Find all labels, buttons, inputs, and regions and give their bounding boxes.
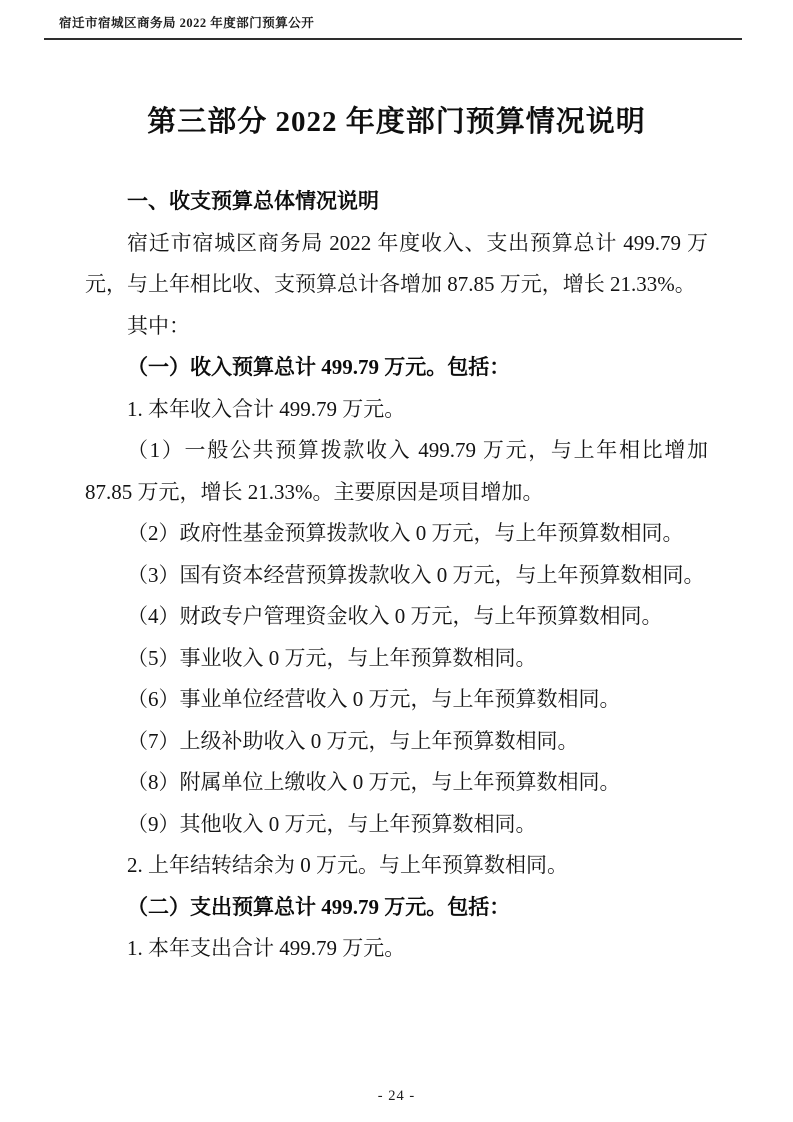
paragraph: （5）事业收入 0 万元，与上年预算数相同。 — [85, 638, 708, 680]
paragraph: （9）其他收入 0 万元，与上年预算数相同。 — [85, 804, 708, 846]
paragraph: （7）上级补助收入 0 万元，与上年预算数相同。 — [85, 721, 708, 763]
page-header-note: 宿迁市宿城区商务局 2022 年度部门预算公开 — [59, 13, 314, 31]
paragraph: （6）事业单位经营收入 0 万元，与上年预算数相同。 — [85, 679, 708, 721]
paragraph: 宿迁市宿城区商务局 2022 年度收入、支出预算总计 499.79 万元，与上年… — [85, 223, 708, 306]
paragraph: 2. 上年结转结余为 0 万元。与上年预算数相同。 — [85, 845, 708, 887]
paragraph: （1）一般公共预算拨款收入 499.79 万元，与上年相比增加 87.85 万元… — [85, 430, 708, 513]
paragraph: （8）附属单位上缴收入 0 万元，与上年预算数相同。 — [85, 762, 708, 804]
document-page: 宿迁市宿城区商务局 2022 年度部门预算公开 第三部分 2022 年度部门预算… — [0, 0, 793, 1122]
paragraph: （3）国有资本经营预算拨款收入 0 万元，与上年预算数相同。 — [85, 555, 708, 597]
paragraph: 1. 本年支出合计 499.79 万元。 — [85, 928, 708, 970]
subsection-heading: （一）收入预算总计 499.79 万元。包括： — [85, 347, 708, 389]
page-number: - 24 - — [0, 1088, 793, 1105]
document-title: 第三部分 2022 年度部门预算情况说明 — [0, 99, 793, 140]
section-heading: 一、收支预算总体情况说明 — [85, 181, 708, 223]
subsection-heading: （二）支出预算总计 499.79 万元。包括： — [85, 887, 708, 929]
document-body: 一、收支预算总体情况说明 宿迁市宿城区商务局 2022 年度收入、支出预算总计 … — [85, 181, 708, 970]
paragraph: 其中： — [85, 306, 708, 348]
paragraph: 1. 本年收入合计 499.79 万元。 — [85, 389, 708, 431]
paragraph: （4）财政专户管理资金收入 0 万元，与上年预算数相同。 — [85, 596, 708, 638]
header-divider — [44, 38, 742, 40]
paragraph: （2）政府性基金预算拨款收入 0 万元，与上年预算数相同。 — [85, 513, 708, 555]
